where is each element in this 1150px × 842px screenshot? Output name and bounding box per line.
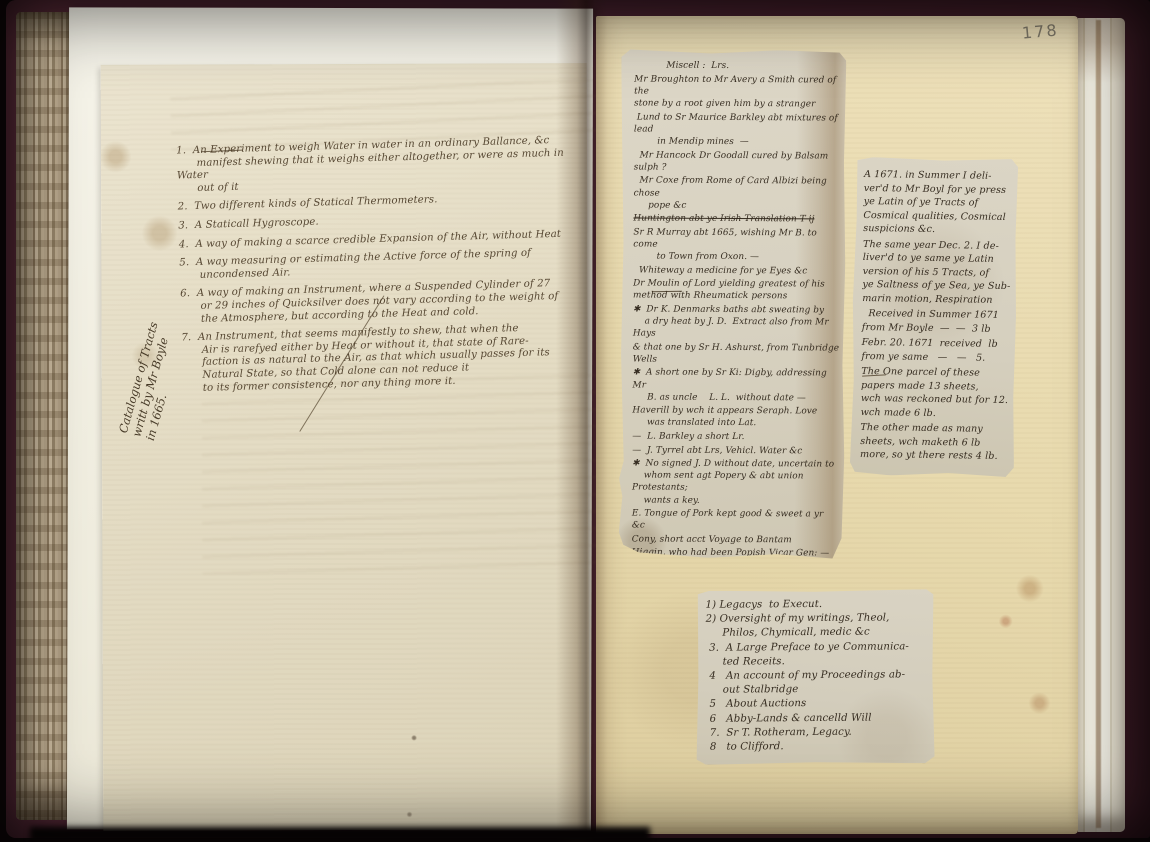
handwriting-line: ted Receits. — [706, 654, 928, 670]
handwriting-line: E. Tongue of Pork kept good & sweet a yr… — [632, 508, 839, 533]
handwriting-line: from Mr Boyle — — 3 lb — [862, 320, 1012, 336]
gutter-shadow — [556, 0, 608, 842]
handwriting-line: Mr Coxe from Rome of Card Albizi being c… — [634, 175, 841, 200]
handwriting-line: B. as uncle L. L. without date — — [632, 391, 839, 404]
handwriting-line: 6 Abby-Lands & cancelld Will — [706, 711, 928, 727]
handwriting-line: — L. Barkley a short Lr. — [632, 430, 839, 443]
handwriting-line: 7. Sr T. Rotheram, Legacy. — [706, 725, 928, 741]
fore-edge-leaf-stack — [1078, 18, 1125, 832]
handwriting-line: Mr Broughton to Mr Avery a Smith cured o… — [634, 73, 841, 98]
handwriting-line: 4 An account of my Proceedings ab- — [706, 668, 928, 684]
handwriting-line: marin motion, Respiration — [862, 291, 1012, 307]
handwriting-line: stone by a root given him by a stranger — [634, 98, 841, 111]
edge-stain — [1096, 20, 1101, 828]
handwriting-line: 1) Legacys to Execut. — [705, 597, 927, 613]
handwriting-line: a dry heat by J. D. Extract also from Mr… — [633, 316, 840, 341]
handwriting-line: Miscell : Lrs. — [634, 60, 841, 73]
page-bottom-shadow — [30, 827, 650, 842]
handwriting-line: was translated into Lat. — [632, 417, 839, 430]
handwriting-line: suspicions &c. — [863, 222, 1013, 238]
handwriting-line: 3. A Large Preface to ye Communica- — [706, 640, 928, 656]
handwriting-line: pope &c — [633, 199, 840, 212]
handwriting-line: from ye same — — 5. — [861, 349, 1011, 365]
handwriting-line: Philos, Chymicall, medic &c — [706, 626, 928, 642]
handwriting-line: 2) Oversight of my writings, Theol, — [706, 611, 928, 627]
handwriting-line: whom sent agt Popery & abt union Protest… — [632, 470, 839, 495]
slip-delivery-note-1671: A 1671. in Summer I deli-ver'd to Mr Boy… — [850, 157, 1018, 477]
handwriting-line: wants a key. — [632, 494, 839, 507]
left-manuscript-page: 1. An Experiment to weigh Water in water… — [101, 63, 590, 831]
folio-number: 178 — [1021, 20, 1059, 42]
handwriting-line: in Mendip mines — — [634, 136, 841, 149]
handwriting-line: Mr Hancock Dr Goodall cured by Balsam su… — [634, 149, 841, 174]
handwriting-line: more, so yt there rests 4 lb. — [860, 448, 1010, 464]
handwriting-line: — J. Tyrrel abt Lrs, Vehicl. Water &c — [632, 444, 839, 457]
handwriting-line: Sr R Murray abt 1665, wishing Mr B. to c… — [633, 226, 840, 251]
slip-miscellaneous-letters: Miscell : Lrs.Mr Broughton to Mr Avery a… — [619, 49, 847, 558]
handwriting-line: Dr Moulin of Lord yielding greatest of h… — [633, 278, 840, 291]
manuscript-book-photo: 1. An Experiment to weigh Water in water… — [0, 0, 1150, 842]
handwriting-line: Whiteway a medicine for ye Eyes &c — [633, 264, 840, 277]
handwriting-line: out Stalbridge — [706, 682, 928, 698]
handwriting-line: Huntington abt ye Irish Translation T ij — [633, 213, 840, 226]
handwriting-line: wch made 6 lb. — [861, 405, 1011, 421]
handwriting-line: ✱ A short one by Sr Ki: Digby, addressin… — [633, 367, 840, 392]
handwriting-line: to Town from Oxon. — — [633, 251, 840, 264]
handwriting-line: ✱ Dr K. Denmarks baths abt sweating by — [633, 303, 840, 316]
handwriting-line: Haverill by wch it appears Seraph. Love — [632, 405, 839, 418]
handwriting-line: & that one by Sr H. Ashurst, from Tunbri… — [633, 341, 840, 366]
slip-legacies-to-executors: 1) Legacys to Execut.2) Oversight of my … — [695, 589, 934, 765]
handwriting-line: 5 About Auctions — [706, 697, 928, 713]
handwriting-line: Cony, short acct Voyage to Bantam — [632, 533, 839, 546]
handwriting-line: ✱ No signed J. D without date, uncertain… — [632, 458, 839, 471]
handwriting-line: Lund to Sr Maurice Barkley abt mixtures … — [634, 111, 841, 136]
handwriting-line: 8 to Clifford. — [706, 739, 928, 755]
catalogue-of-tracts-list: 1. An Experiment to weigh Water in water… — [176, 128, 585, 395]
